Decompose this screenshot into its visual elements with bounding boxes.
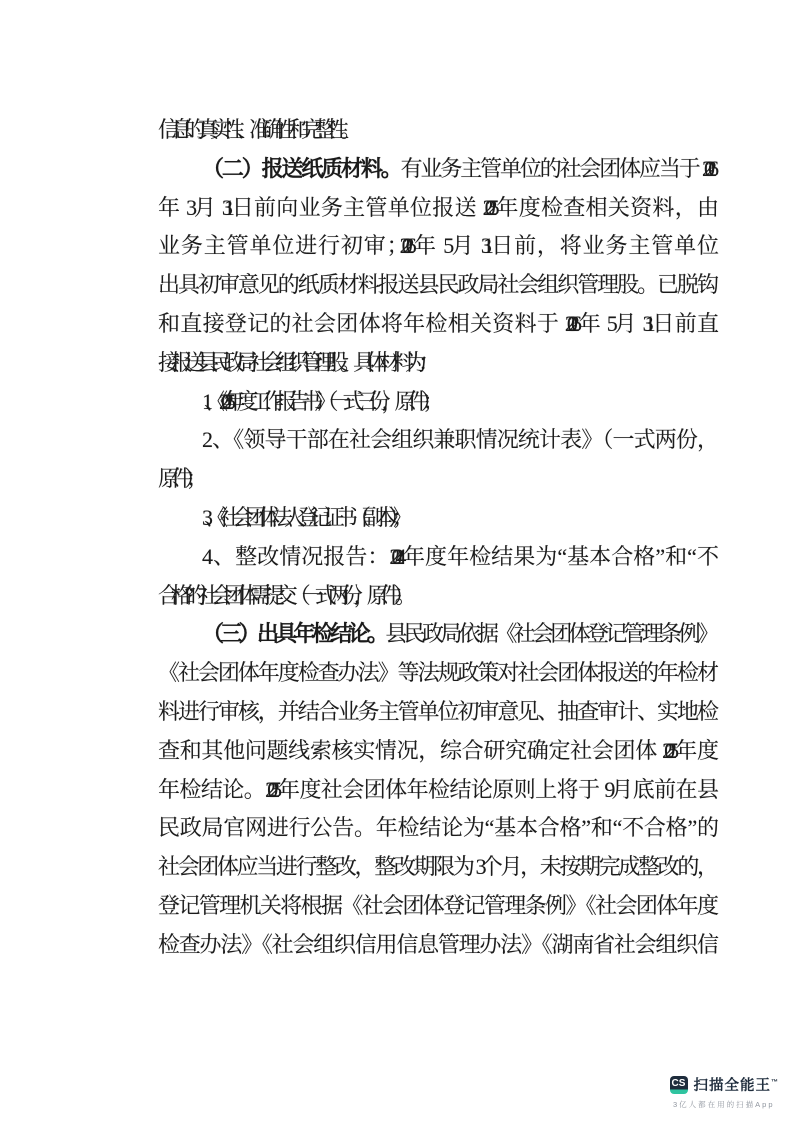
trademark-symbol: ™ [771, 1079, 778, 1086]
document-line: 年检结论。2025 年度社会团体年检结论原则上将于 9 月底前在县 [158, 771, 710, 810]
document-line: 接报送县民政局社会组织管理股。具体材料为： [158, 344, 710, 383]
document-line: 原件）； [158, 460, 710, 499]
document-line: 2、《领导干部在社会组织兼职情况统计表》（一式两份， [158, 421, 710, 460]
line-text: 县民政局依据《社会团体登记管理条例》 [385, 621, 710, 646]
document-line: （二）报送纸质材料。有业务主管单位的社会团体应当于 2026 [158, 150, 710, 189]
document-line: 业务主管单位进行初审；2026 年 5 月 31 日前，将业务主管单位 [158, 227, 710, 266]
document-line: 信息的真实性、准确性和完整性。 [158, 111, 710, 150]
document-line: 检查办法》《社会组织信用信息管理办法》《湖南省社会组织信 [158, 926, 710, 965]
document-line: 和直接登记的社会团体将年检相关资料于 2026 年 5 月 31 日前直 [158, 305, 710, 344]
document-line: 民政局官网进行公告。年检结论为“基本合格”和“不合格”的 [158, 809, 710, 848]
camscanner-logo-icon: CS [670, 1076, 688, 1094]
document-line: 料进行审核，并结合业务主管单位初审意见、抽查审计、实地检 [158, 693, 710, 732]
document-line: 4、整改情况报告：2024 年度年检结果为“基本合格”和“不 [158, 538, 710, 577]
camscanner-app-name: 扫描全能王™ [694, 1074, 779, 1095]
document-line: （三）出具年检结论。县民政局依据《社会团体登记管理条例》 [158, 615, 710, 654]
document-line: 1、《2025 年度工作报告书》（一式三份，原件）； [158, 383, 710, 422]
camscanner-logo-row: CS 扫描全能王™ [670, 1074, 779, 1095]
line-text: 有业务主管单位的社会团体应当于 2026 [401, 156, 710, 181]
document-line: 3、《社会团体法人登记证书（副本）》； [158, 499, 710, 538]
app-name-text: 扫描全能王 [694, 1078, 772, 1094]
document-line: 查和其他问题线索核实情况，综合研究确定社会团体 2025 年度 [158, 732, 710, 771]
document-line: 合格”的社会团体需提交（一式两份，原件）。 [158, 577, 710, 616]
document-line: 登记管理机关将根据《社会团体登记管理条例》《社会团体年度 [158, 887, 710, 926]
section-heading: （二）报送纸质材料。 [202, 156, 401, 181]
document-line: 出具初审意见的纸质材料报送县民政局社会组织管理股。已脱钩 [158, 266, 710, 305]
document-page: 信息的真实性、准确性和完整性。 （二）报送纸质材料。有业务主管单位的社会团体应当… [158, 111, 710, 965]
document-line: 年 3 月 31 日前向业务主管单位报送 2025 年度检查相关资料，由 [158, 189, 710, 228]
camscanner-watermark: CS 扫描全能王™ 3亿人都在用的扫描App [670, 1074, 779, 1110]
document-line: 《社会团体年度检查办法》等法规政策对社会团体报送的年检材 [158, 654, 710, 693]
camscanner-tagline: 3亿人都在用的扫描App [673, 1099, 775, 1110]
document-line: 社会团体应当进行整改，整改期限为 3 个月，未按期完成整改的， [158, 848, 710, 887]
section-heading: （三）出具年检结论。 [202, 621, 385, 646]
